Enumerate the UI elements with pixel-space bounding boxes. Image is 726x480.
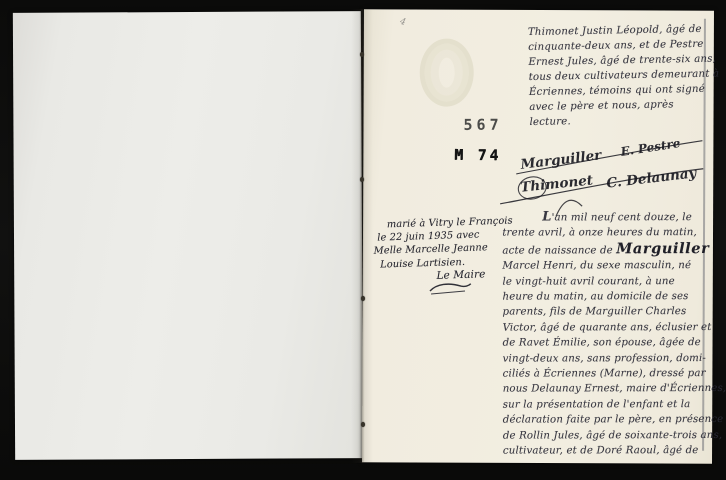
paragraph-line: déclaration faite par le père, en présen… <box>503 412 711 428</box>
paragraph-line: vingt-deux ans, sans profession, domi- <box>503 351 711 367</box>
left-page-blank <box>13 11 363 460</box>
paragraph-line: cultivateur, et de Doré Raoul, âgé de <box>503 443 711 459</box>
paragraph-line: heure du matin, au domicile de ses <box>502 289 710 305</box>
paragraph-line: le vingt-huit avril courant, à une <box>502 274 710 290</box>
marriage-marginal-note: marié à Vitry le François le 22 juin 193… <box>373 214 515 297</box>
paragraph-line: Victor, âgé de quarante ans, éclusier et <box>503 320 711 336</box>
page-number-stamp: 567 <box>463 116 502 134</box>
registry-code-stamp: M 74 <box>454 147 501 164</box>
opening-line: 'an mil neuf cent douze, le <box>552 212 692 223</box>
paragraph-line: nous Delaunay Ernest, maire d'Écriennes, <box>503 381 711 397</box>
binding-hole-icon <box>360 52 364 57</box>
name-line: acte de naissance de Marguiller <box>502 241 710 259</box>
paragraph-line: de Rollin Jules, âgé de soixante-trois a… <box>503 428 711 444</box>
paragraph-line: de Ravet Émilie, son épouse, âgée de <box>503 335 711 351</box>
embossed-seal-icon <box>420 38 474 106</box>
paragraph-line: ciliés à Écriennes (Marne), dressé par <box>503 366 711 382</box>
binding-hole-icon <box>360 177 364 182</box>
paragraph-line: sur la présentation de l'enfant et la <box>503 397 711 413</box>
paragraph-line: L'an mil neuf cent douze, le <box>502 209 710 226</box>
paragraph-line: parents, fils de Marguiller Charles <box>502 304 710 320</box>
opening-capital: L <box>542 209 551 224</box>
binding-hole-icon <box>361 296 365 301</box>
closing-paragraph: Thimonet Justin Léopold, âgé de cinquant… <box>528 22 712 130</box>
child-surname: Marguiller <box>616 240 709 257</box>
paragraph-line: Marcel Henri, du sexe masculin, né <box>502 258 710 274</box>
birth-act-paragraph: L'an mil neuf cent douze, le trente avri… <box>502 209 711 459</box>
name-line-prefix: acte de naissance de <box>502 245 616 256</box>
signatures-block: Marguiller E. Pestre Thimonet C. Delauna… <box>498 128 708 221</box>
binding-hole-icon <box>361 422 365 427</box>
mayor-signature-flourish-icon <box>427 281 473 296</box>
register-scan-photo: 4 567 M 74 marié à Vitry le François le … <box>0 0 726 480</box>
pencil-mark: 4 <box>399 17 407 28</box>
right-page: 4 567 M 74 marié à Vitry le François le … <box>362 9 714 464</box>
